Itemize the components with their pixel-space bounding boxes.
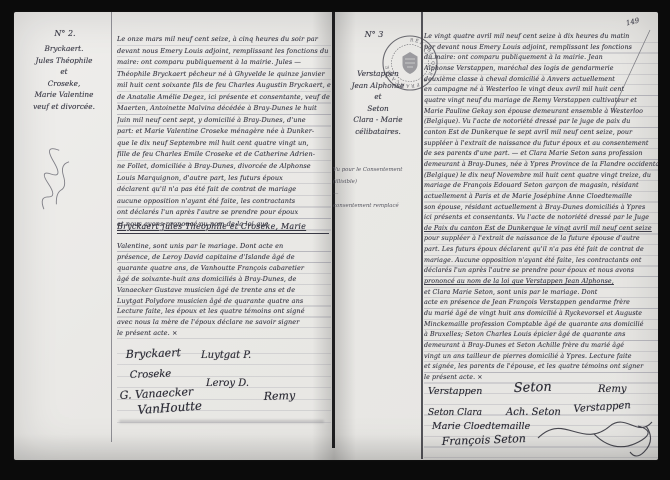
left-act-text: Le onze mars mil neuf cent seize, à cinq… [117,34,331,231]
margin-name-line: et [336,91,420,103]
manuscript-line: déclarés l'un après l'autre se prendre p… [424,266,658,277]
signature-bryckaert: Bryckaert [126,346,182,361]
manuscript-line: quarante quatre ans, de Vanhoutte Franço… [117,263,331,274]
manuscript-line: Louis Marquignon, d'autre part, les futu… [117,173,331,185]
margin-note-line: (illisible) [333,176,420,188]
margin-name-line: Marie Valentine [18,89,110,101]
manuscript-line: ici présents et consentants. Vu l'acte d… [424,213,658,224]
manuscript-line: de Anatalie Amélie Degez, ici présente e… [117,92,331,104]
manuscript-line: acte en présence de Jean François Versta… [424,298,658,309]
right-margin-note: Vu pour le Consentement(illisible)—conse… [333,164,420,212]
manuscript-line: Maerten, Antoinette Malvina décédée à Br… [117,103,331,115]
manuscript-line: et Clara Marie Seton, sont unis par le m… [424,288,658,299]
manuscript-line: demeurant à Bray-Dunes et Seton Achille … [424,341,658,352]
manuscript-line: aucune opposition n'ayant été faite, les… [117,196,331,208]
manuscript-line: Le onze mars mil neuf cent seize, à cinq… [117,34,331,46]
manuscript-line: que le dix neuf Septembre mil huit cent … [117,138,331,150]
manuscript-line: canton Est de Dunkerque le sept avril mi… [424,128,658,139]
signature-remy-right: Remy [598,384,627,395]
manuscript-line: part. Les futurs époux déclarent qu'il n… [424,245,658,256]
signature-leroy: Leroy D. [206,378,249,389]
manuscript-line: et signée, les parents de l'épouse, et l… [424,362,658,373]
scan-smudge [119,420,324,423]
manuscript-line: Luytgat Polydore musicien âgé de quarant… [117,296,331,307]
manuscript-line: avec nous la mère de l'époux déclare ne … [117,317,331,328]
margin-name-line: et [18,66,110,78]
manuscript-line: mil huit cent soixante fils de feu Charl… [117,80,331,92]
manuscript-line: Le vingt quatre avril mil neuf cent seiz… [424,32,658,43]
manuscript-line: Marie Pauline Gekay son épouse demeurant… [424,107,658,118]
manuscript-line: (Belgique) le dix neuf Novembre mil huit… [424,171,658,182]
manuscript-line: déclarent qu'il n'a pas été fait de cont… [117,184,331,196]
manuscript-line: le présent acte. × [117,328,331,339]
margin-name-line: Jean Alphonse [336,80,420,92]
manuscript-line: vingt un ans tailleur de pierres domicil… [424,352,658,363]
manuscript-line: présence, de Leroy David capitaine d'Isl… [117,252,331,263]
act-number-left: N° 2. [22,29,108,38]
signature-seton-clara: Seton Clara [428,408,482,418]
signature-flourish-icon [534,404,666,462]
left-union-heading: Bryckaert Jules Théophile et Croseke, Ma… [117,222,329,234]
signature-vanhoutte: VanHoutte [137,399,202,417]
left-page-margin-rule [111,12,112,442]
manuscript-line: maire: ont comparu publiquement à la mai… [117,57,331,69]
margin-note-line: consentement remplacé [333,200,420,212]
margin-name-line: Croseke, [18,78,110,90]
manuscript-line: mariage de François Edouard Seton garçon… [424,181,658,192]
signature-marie-cloedtemaille: Marie Cloedtemaille [432,421,530,432]
manuscript-line: Vanaecker Gustave musicien âgé de trente… [117,285,331,296]
margin-name-line: Verstappen [336,68,420,80]
manuscript-line: Lecture faite, les époux et les quatre t… [117,306,331,317]
manuscript-line: à Bruxelles; Seton Charles Louis épicier… [424,330,658,341]
margin-name-line: célibataires. [336,126,420,138]
margin-name-line: Seton [336,103,420,115]
margin-name-line: veuf et divorcée. [18,101,110,113]
page-gutter-line [332,12,335,448]
margin-note-line: Vu pour le Consentement [333,164,420,176]
manuscript-line: deuxième classe à cheval domicilié à Anv… [424,75,658,86]
signature-remy-left: Remy [264,389,296,403]
manuscript-line: Juin mil neuf cent sept, y domicilié à B… [117,115,331,127]
margin-name-line: Bryckaert. [18,43,110,55]
signature-seton: Seton [513,380,552,396]
manuscript-line: pour suppléer à l'extrait de naissance d… [424,234,658,245]
marginal-scribble-icon [24,140,102,224]
margin-note-line: — [333,188,420,200]
manuscript-line: actuellement à Paris et de Marie Joséphi… [424,192,658,203]
manuscript-line: Théophile Bryckaert pêcheur né à Ghyveld… [117,69,331,81]
manuscript-line: de ses parents d'une part. — et Clara Ma… [424,149,658,160]
margin-name-line: Clara - Marie [336,114,420,126]
manuscript-line: de Paix du canton Est de Dunkerque le vi… [424,224,658,235]
manuscript-line: par devant nous Emery Louis adjoint, rem… [424,43,658,54]
manuscript-line: ne Follet, domiciliée à Bray-Dunes, divo… [117,161,331,173]
margin-name-line: Jules Théophile [18,55,110,67]
register-double-page: N° 2. Bryckaert.Jules ThéophileetCroseke… [14,12,658,460]
left-act-text-continued: Valentine, sont unis par le mariage. Don… [117,241,331,341]
manuscript-line: suppléer à l'extrait de naissance du fut… [424,139,658,150]
manuscript-line: Alphonse Verstappen, maréchal des logis … [424,64,658,75]
manuscript-line: Minckemaille profession Comptable âgé de… [424,320,658,331]
manuscript-line: devant nous Emery Louis adjoint, remplis… [117,46,331,58]
right-act-text: Le vingt quatre avril mil neuf cent seiz… [424,32,658,385]
manuscript-line: ont déclarés l'un après l'autre se prend… [117,207,331,219]
manuscript-line: demeurant à Bray-Dunes, née à Ypres Prov… [424,160,658,171]
manuscript-line: du marié âgé de vingt huit ans domicilié… [424,309,658,320]
manuscript-line: mariage. Aucune opposition n'ayant été f… [424,256,658,267]
right-margin-names: VerstappenJean AlphonseetSetonClara - Ma… [336,68,420,137]
manuscript-line: âgé de soixante-huit ans domiciliés à Br… [117,274,331,285]
signature-verstappen-groom: Verstappen [428,386,482,397]
manuscript-line: en campagne né à Westerloo le vingt deux… [424,85,658,96]
manuscript-line: du maire: ont comparu publiquement à la … [424,53,658,64]
register-scan: { "scan": { "background_color": "#0b0b0b… [0,0,670,480]
manuscript-line: Valentine, sont unis par le mariage. Don… [117,241,331,252]
signature-croseke: Croseke [130,369,172,381]
manuscript-line: fille de feu Charles Emile Croseke et de… [117,149,331,161]
manuscript-line: son épouse, résidant actuellement à Bray… [424,203,658,214]
manuscript-line: (Belgique). Vu l'acte de notoriété dress… [424,117,658,128]
manuscript-line: part: et Marie Valentine Croseke ménagèr… [117,126,331,138]
signature-luytgat: Luytgat P. [201,350,251,361]
signature-francois-seton: François Seton [442,432,527,448]
manuscript-line: prononcé au nom de la loi que Verstappen… [424,277,658,288]
left-margin-names: Bryckaert.Jules ThéophileetCroseke,Marie… [18,43,110,112]
manuscript-line: quatre vingt neuf du mariage de Remy Ver… [424,96,658,107]
